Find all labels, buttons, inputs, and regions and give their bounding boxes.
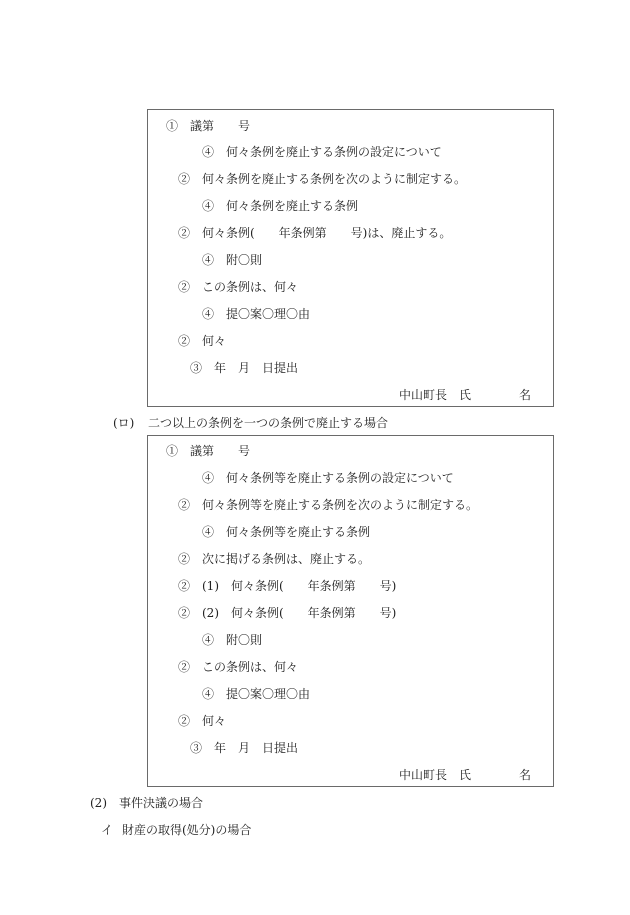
box2-line-10: ④ 提〇案〇理〇由	[202, 687, 310, 701]
section-2-marker: (2)	[90, 796, 107, 810]
box1-line-9: ② 何々	[178, 334, 226, 348]
box2-signature: 中山町長 氏 名	[399, 768, 531, 782]
section-i-title: 財産の取得(処分)の場合	[122, 823, 251, 837]
box1-line-10: ③ 年 月 日提出	[190, 361, 298, 375]
box2-line-12: ③ 年 月 日提出	[190, 741, 298, 755]
box2-line-6: ② (1) 何々条例( 年条例第 号)	[178, 579, 396, 593]
box2-line-8: ④ 附〇則	[202, 633, 262, 647]
box1-line-4: ④ 何々条例を廃止する条例	[202, 199, 358, 213]
form-box-1: ① 議第 号 ④ 何々条例を廃止する条例の設定について ② 何々条例を廃止する条…	[147, 109, 554, 407]
section-2-title: 事件決議の場合	[119, 796, 203, 810]
section-ro-title: 二つ以上の条例を一つの条例で廃止する場合	[148, 416, 388, 430]
section-ro-marker: (ロ)	[113, 416, 134, 430]
box1-line-6: ④ 附〇則	[202, 253, 262, 267]
box2-line-4: ④ 何々条例等を廃止する条例	[202, 525, 370, 539]
form-box-2: ① 議第 号 ④ 何々条例等を廃止する条例の設定について ② 何々条例等を廃止す…	[147, 435, 554, 787]
box1-line-1: ① 議第 号	[166, 119, 250, 133]
box2-line-9: ② この条例は、何々	[178, 660, 298, 674]
box1-line-5: ② 何々条例( 年条例第 号)は、廃止する。	[178, 226, 451, 240]
section-i-marker: イ	[101, 823, 113, 837]
box1-line-2: ④ 何々条例を廃止する条例の設定について	[202, 145, 442, 159]
box2-line-3: ② 何々条例等を廃止する条例を次のように制定する。	[178, 498, 478, 512]
box2-line-2: ④ 何々条例等を廃止する条例の設定について	[202, 471, 454, 485]
box1-signature: 中山町長 氏 名	[399, 388, 531, 402]
box2-line-7: ② (2) 何々条例( 年条例第 号)	[178, 606, 396, 620]
box2-line-1: ① 議第 号	[166, 444, 250, 458]
box1-line-7: ② この条例は、何々	[178, 280, 298, 294]
box1-line-3: ② 何々条例を廃止する条例を次のように制定する。	[178, 172, 466, 186]
box1-line-8: ④ 提〇案〇理〇由	[202, 307, 310, 321]
box2-line-11: ② 何々	[178, 714, 226, 728]
box2-line-5: ② 次に掲げる条例は、廃止する。	[178, 552, 370, 566]
